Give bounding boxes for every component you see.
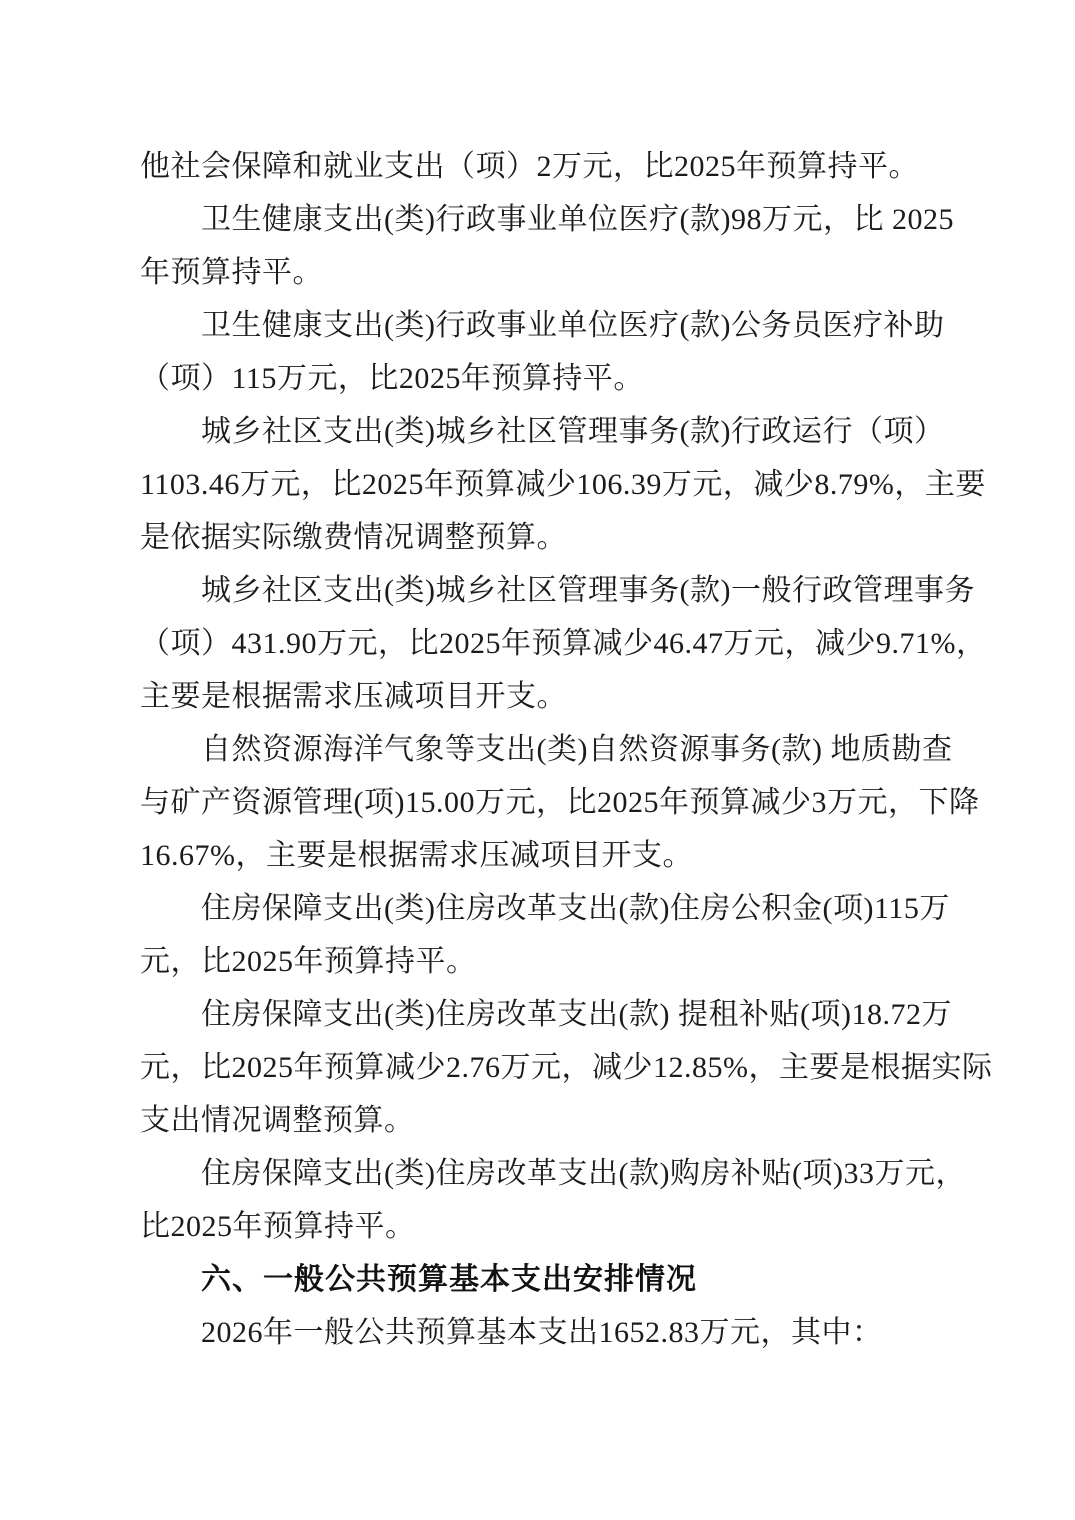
document-text-block: 他社会保障和就业支出（项）2万元，比2025年预算持平。 卫生健康支出(类)行政… xyxy=(140,140,955,1359)
text-line: 主要是根据需求压减项目开支。 xyxy=(140,670,955,723)
text-line: 城乡社区支出(类)城乡社区管理事务(款)行政运行（项） xyxy=(140,405,955,458)
text-line: 支出情况调整预算。 xyxy=(140,1094,955,1147)
text-line: （项）431.90万元，比2025年预算减少46.47万元，减少9.71%， xyxy=(140,617,955,670)
text-line: 16.67%，主要是根据需求压减项目开支。 xyxy=(140,829,955,882)
text-line: 元，比2025年预算减少2.76万元，减少12.85%，主要是根据实际 xyxy=(140,1041,955,1094)
text-line: 住房保障支出(类)住房改革支出(款)住房公积金(项)115万 xyxy=(140,882,955,935)
section-heading: 六、一般公共预算基本支出安排情况 xyxy=(140,1253,955,1306)
text-line: 元，比2025年预算持平。 xyxy=(140,935,955,988)
text-line: 城乡社区支出(类)城乡社区管理事务(款)一般行政管理事务 xyxy=(140,564,955,617)
text-line: 是依据实际缴费情况调整预算。 xyxy=(140,511,955,564)
text-line: 年预算持平。 xyxy=(140,246,955,299)
text-line: 住房保障支出(类)住房改革支出(款) 提租补贴(项)18.72万 xyxy=(140,988,955,1041)
text-line: 比2025年预算持平。 xyxy=(140,1200,955,1253)
text-line: 2026年一般公共预算基本支出1652.83万元，其中： xyxy=(140,1306,955,1359)
text-line: 自然资源海洋气象等支出(类)自然资源事务(款) 地质勘查 xyxy=(140,723,955,776)
text-line: 与矿产资源管理(项)15.00万元，比2025年预算减少3万元，下降 xyxy=(140,776,955,829)
document-page: 他社会保障和就业支出（项）2万元，比2025年预算持平。 卫生健康支出(类)行政… xyxy=(0,0,1075,1520)
text-line: 1103.46万元，比2025年预算减少106.39万元，减少8.79%，主要 xyxy=(140,458,955,511)
text-line: 他社会保障和就业支出（项）2万元，比2025年预算持平。 xyxy=(140,140,955,193)
text-line: 卫生健康支出(类)行政事业单位医疗(款)公务员医疗补助 xyxy=(140,299,955,352)
text-line: 卫生健康支出(类)行政事业单位医疗(款)98万元，比 2025 xyxy=(140,193,955,246)
text-line: （项）115万元，比2025年预算持平。 xyxy=(140,352,955,405)
text-line: 住房保障支出(类)住房改革支出(款)购房补贴(项)33万元， xyxy=(140,1147,955,1200)
